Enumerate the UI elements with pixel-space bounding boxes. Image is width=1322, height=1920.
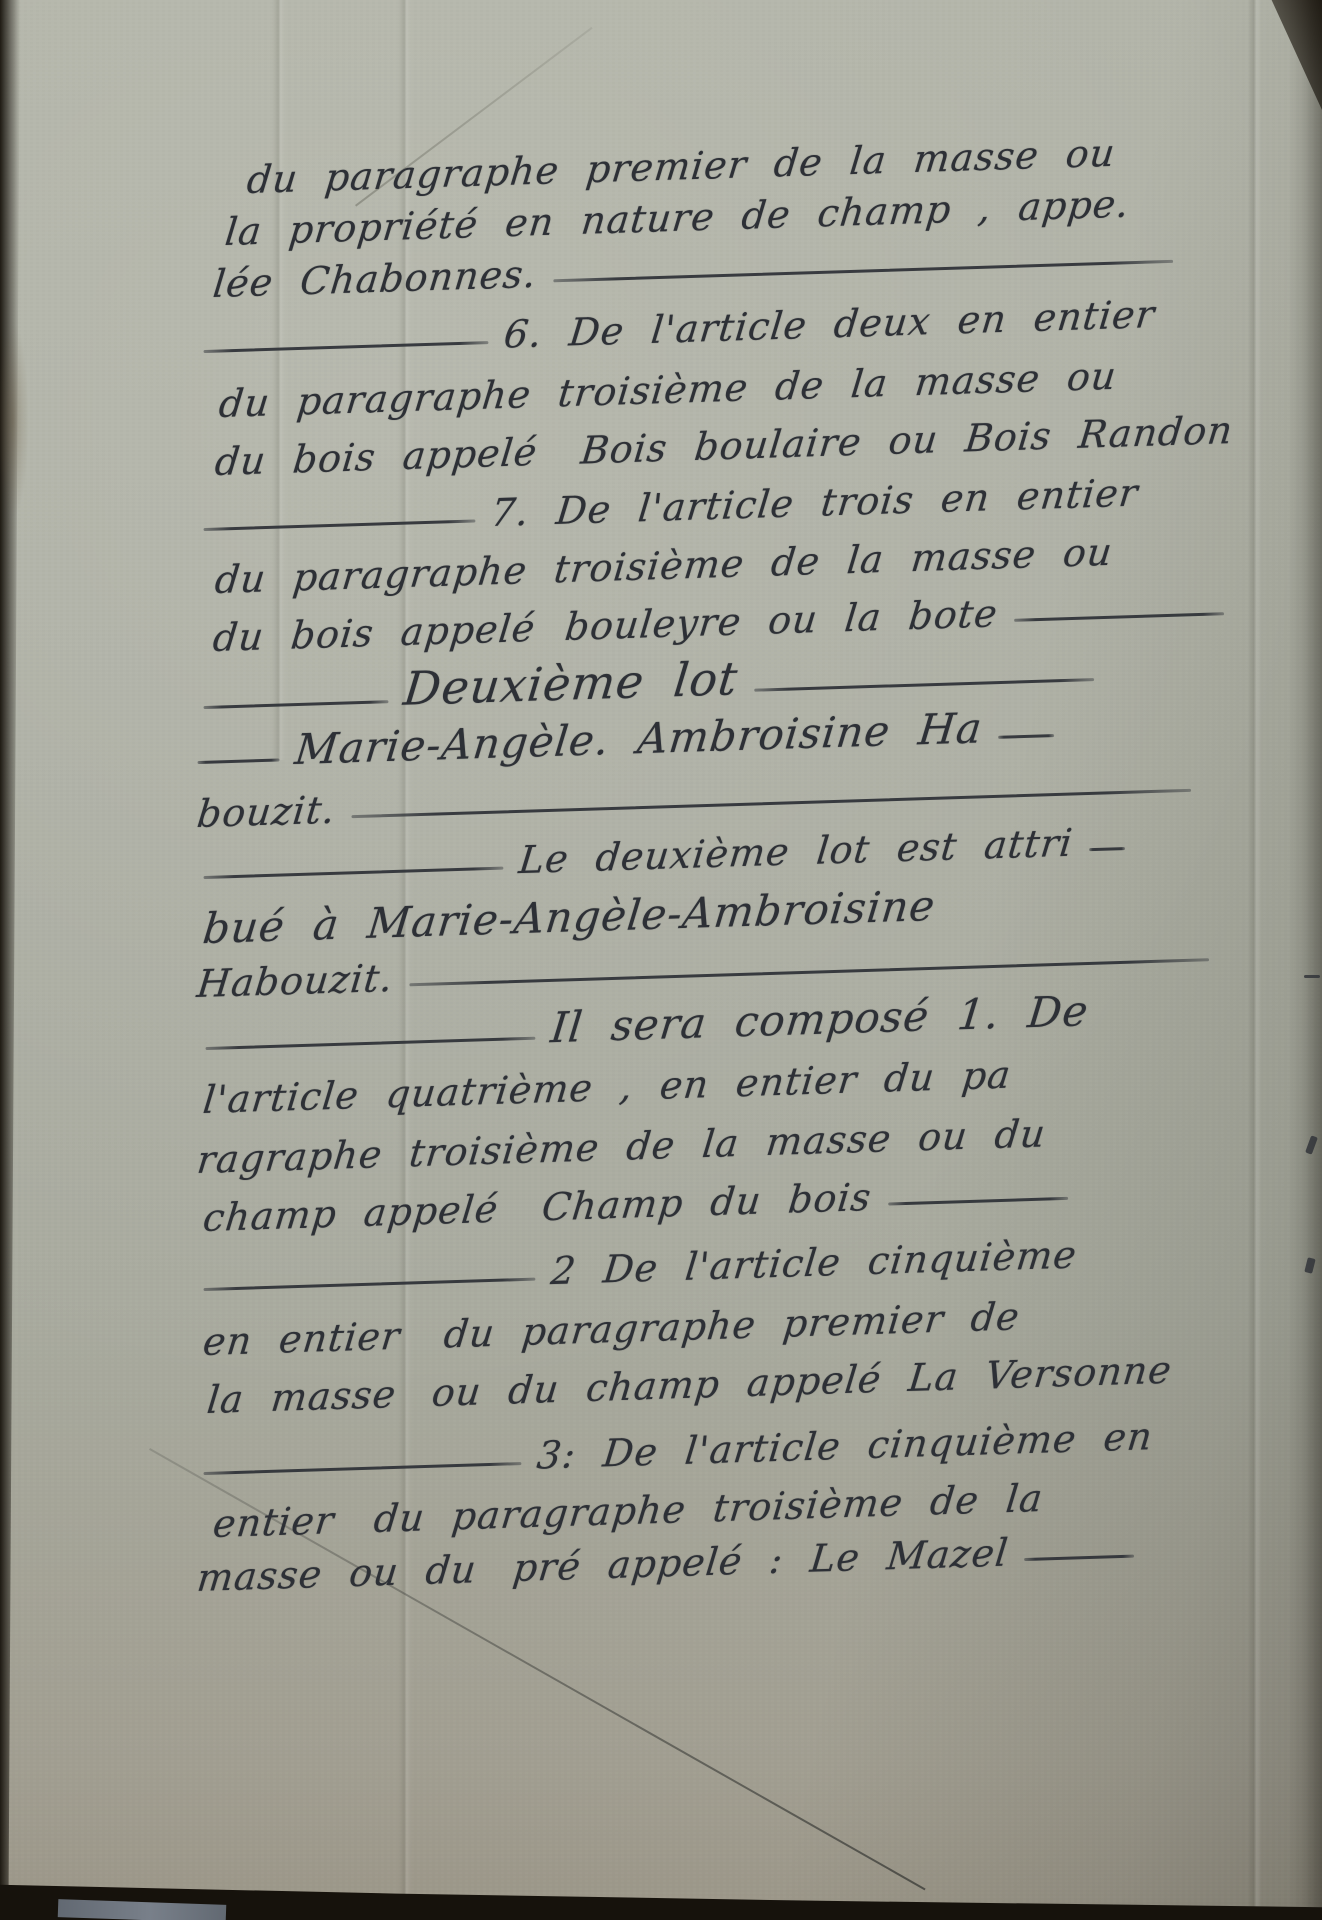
ink-rule — [1089, 847, 1125, 851]
ink-rule — [203, 1462, 521, 1475]
page-edge-right — [1288, 0, 1322, 1920]
ink-rule — [1014, 612, 1224, 622]
manuscript-photo: du paragraphe premier de la masse ou la … — [0, 0, 1322, 1920]
ink-rule — [754, 678, 1094, 692]
ink-rule — [203, 1278, 535, 1291]
handwritten-text: champ appelé — [201, 1187, 501, 1240]
ink-rule — [888, 1197, 1068, 1206]
ink-rule — [1024, 1555, 1134, 1561]
ink-rule — [999, 734, 1055, 739]
ink-rule — [205, 1037, 535, 1050]
handwritten-text: Habouzit. — [195, 956, 396, 1006]
handwritten-text: bouzit. — [195, 788, 338, 837]
handwritten-text: masse ou du — [195, 1547, 479, 1600]
handwritten-text: Deuxième lot — [401, 651, 741, 716]
ink-rule — [197, 758, 279, 764]
ink-rule — [203, 700, 388, 709]
ink-rule — [203, 867, 503, 879]
handwritten-text: entier — [211, 1498, 337, 1546]
ink-rule — [203, 341, 488, 353]
handwritten-text: la masse — [205, 1372, 399, 1422]
handwritten-text: en entier — [201, 1314, 403, 1364]
paper-crease — [1248, 0, 1262, 1920]
ink-rule — [203, 519, 475, 531]
ink-mark — [1304, 975, 1320, 978]
